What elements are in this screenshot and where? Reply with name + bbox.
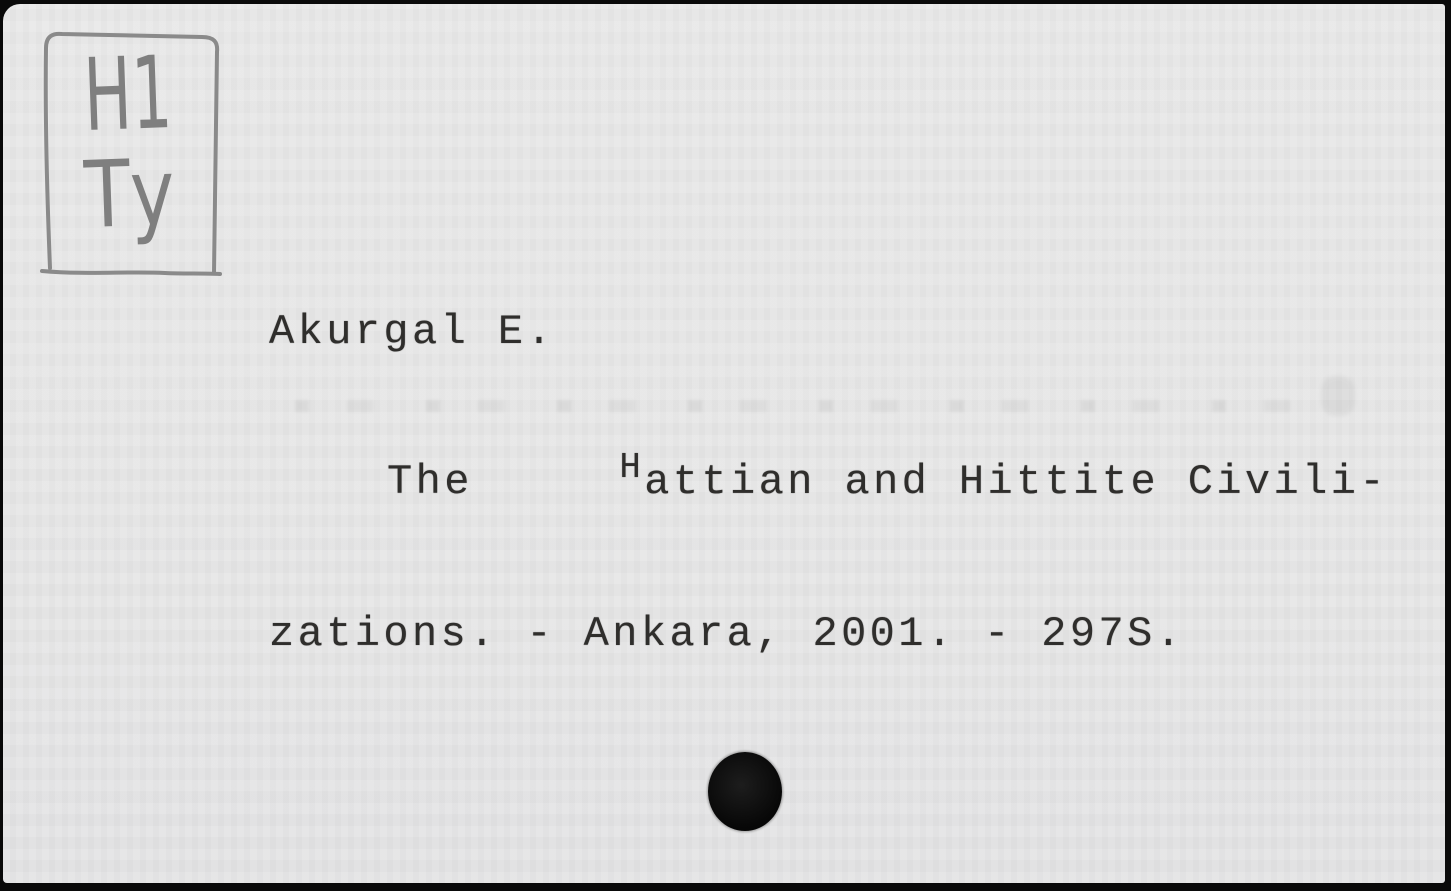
call-number-line1: Н1 (82, 34, 174, 154)
box-bottom-stroke (42, 271, 220, 274)
entry-author-line: Akurgal E. (269, 307, 1388, 357)
call-number-box: Н1 Ту (33, 24, 253, 294)
bibliographic-entry: Akurgal E. The Hattian and Hittite Civil… (269, 207, 1388, 759)
scan-smudge-spot (1321, 376, 1355, 416)
title-prefix: The (387, 458, 501, 506)
entry-title-line: The Hattian and Hittite Civili- (269, 457, 1388, 509)
scan-background: Н1 Ту Akurgal E. The Hattian and Hittite… (0, 0, 1451, 891)
catalog-card: Н1 Ту Akurgal E. The Hattian and Hittite… (3, 4, 1445, 883)
ink-dot (708, 752, 782, 831)
title-rest: attian and Hittite Civili- (644, 458, 1388, 506)
entry-imprint-line: zations. - Ankara, 2001. - 297S. (269, 609, 1388, 659)
call-number-line2: Ту (82, 139, 176, 249)
title-superscript-h: H (501, 443, 644, 493)
